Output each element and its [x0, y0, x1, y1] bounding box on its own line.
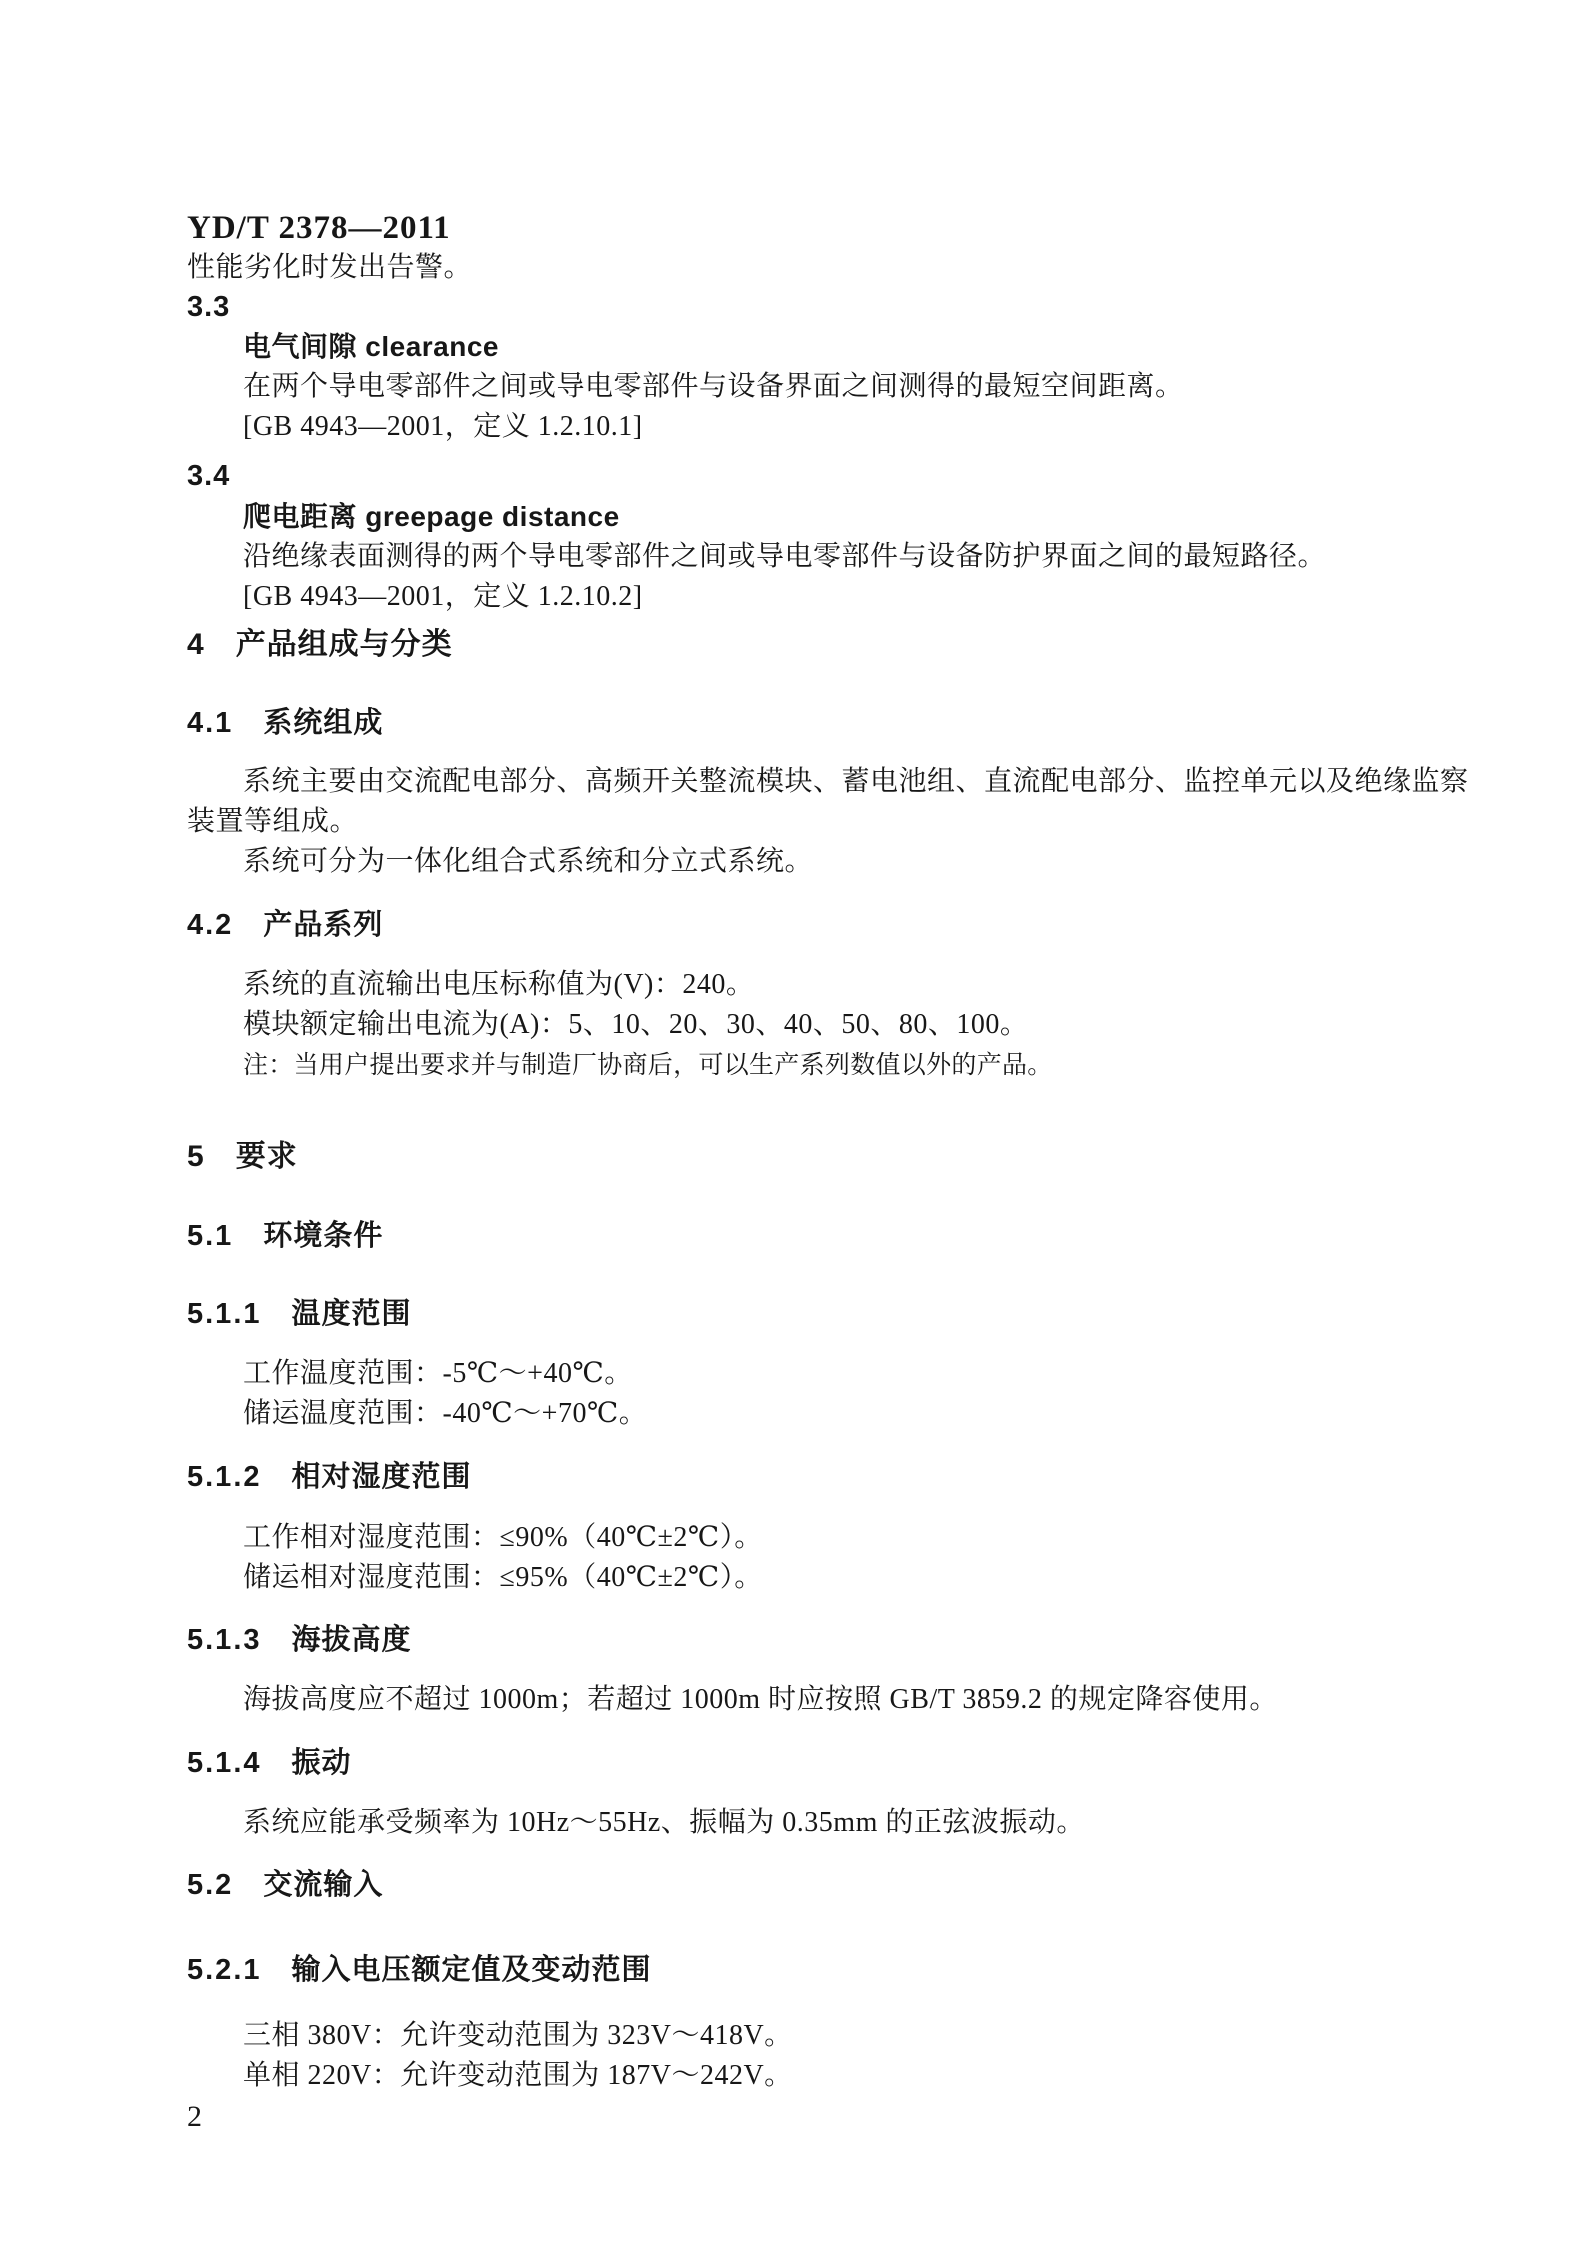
- section-4-1-heading: 4.1系统组成: [187, 707, 383, 740]
- section-5-2-1-paragraph-2: 单相 220V：允许变动范围为 187V～242V。: [243, 2060, 793, 2092]
- section-4-1-paragraph-1-line-1: 系统主要由交流配电部分、高频开关整流模块、蓄电池组、直流配电部分、监控单元以及绝…: [243, 766, 1469, 798]
- section-5-number: 5: [187, 1140, 206, 1173]
- section-5-1-3-title: 海拔高度: [292, 1624, 412, 1656]
- section-5-2-1-number: 5.2.1: [187, 1954, 262, 1986]
- section-5-1-4-paragraph-1: 系统应能承受频率为 10Hz～55Hz、振幅为 0.35mm 的正弦波振动。: [243, 1807, 1085, 1839]
- section-5-1-3-number: 5.1.3: [187, 1624, 262, 1656]
- section-3-3-term: 电气间隙 clearance: [243, 331, 499, 363]
- section-5-1-2-heading: 5.1.2相对湿度范围: [187, 1461, 472, 1494]
- section-5-1-2-title: 相对湿度范围: [292, 1461, 472, 1493]
- section-5-title: 要求: [236, 1140, 298, 1173]
- section-4-title: 产品组成与分类: [236, 628, 453, 661]
- section-4-1-title: 系统组成: [263, 707, 383, 739]
- section-5-1-1-paragraph-1: 工作温度范围：-5℃～+40℃。: [243, 1358, 633, 1390]
- section-5-1-4-heading: 5.1.4振动: [187, 1747, 352, 1780]
- section-5-2-heading: 5.2交流输入: [187, 1869, 383, 1902]
- section-5-2-number: 5.2: [187, 1869, 233, 1901]
- standard-number-header: YD/T 2378—2011: [187, 210, 451, 248]
- section-3-4-number: 3.4: [187, 460, 230, 493]
- section-4-1-paragraph-1-line-2: 装置等组成。: [187, 806, 358, 838]
- section-3-3-definition: 在两个导电零部件之间或导电零部件与设备界面之间测得的最短空间距离。: [243, 371, 1184, 403]
- section-3-4-term: 爬电距离 greepage distance: [243, 501, 620, 533]
- section-5-1-heading: 5.1环境条件: [187, 1220, 383, 1253]
- section-5-1-3-paragraph-1: 海拔高度应不超过 1000m；若超过 1000m 时应按照 GB/T 3859.…: [243, 1684, 1278, 1716]
- section-5-1-3-heading: 5.1.3海拔高度: [187, 1624, 412, 1657]
- section-5-1-4-title: 振动: [292, 1747, 352, 1779]
- page-number: 2: [187, 2100, 203, 2135]
- section-5-1-2-paragraph-2: 储运相对湿度范围：≤95%（40℃±2℃）。: [243, 1562, 763, 1594]
- section-4-2-paragraph-2: 模块额定输出电流为(A)：5、10、20、30、40、50、80、100。: [243, 1009, 1028, 1041]
- section-4-2-heading: 4.2产品系列: [187, 909, 383, 942]
- section-5-1-1-heading: 5.1.1温度范围: [187, 1298, 412, 1331]
- section-4-number: 4: [187, 628, 206, 661]
- section-5-1-1-number: 5.1.1: [187, 1298, 262, 1330]
- section-4-heading: 4产品组成与分类: [187, 628, 453, 663]
- section-4-1-paragraph-2: 系统可分为一体化组合式系统和分立式系统。: [243, 846, 813, 878]
- section-5-2-title: 交流输入: [263, 1869, 383, 1901]
- section-5-2-1-title: 输入电压额定值及变动范围: [292, 1954, 652, 1986]
- section-3-3-number: 3.3: [187, 291, 230, 324]
- section-5-2-1-heading: 5.2.1输入电压额定值及变动范围: [187, 1954, 652, 1987]
- section-4-1-number: 4.1: [187, 707, 233, 739]
- section-4-2-title: 产品系列: [263, 909, 383, 941]
- section-5-2-1-paragraph-1: 三相 380V：允许变动范围为 323V～418V。: [243, 2020, 793, 2052]
- section-4-2-note: 注：当用户提出要求并与制造厂协商后，可以生产系列数值以外的产品。: [243, 1052, 1053, 1081]
- section-4-2-paragraph-1: 系统的直流输出电压标称值为(V)：240。: [243, 969, 754, 1001]
- section-4-2-number: 4.2: [187, 909, 233, 941]
- section-5-1-1-paragraph-2: 储运温度范围：-40℃～+70℃。: [243, 1398, 647, 1430]
- document-page: YD/T 2378—2011 性能劣化时发出告警。 3.3 电气间隙 clear…: [0, 0, 1586, 2244]
- section-3-4-reference: [GB 4943—2001，定义 1.2.10.2]: [243, 581, 643, 613]
- section-5-heading: 5要求: [187, 1140, 298, 1175]
- section-5-1-1-title: 温度范围: [292, 1298, 412, 1330]
- section-5-1-4-number: 5.1.4: [187, 1747, 262, 1779]
- section-5-1-title: 环境条件: [263, 1220, 383, 1252]
- section-5-1-2-number: 5.1.2: [187, 1461, 262, 1493]
- section-3-4-definition: 沿绝缘表面测得的两个导电零部件之间或导电零部件与设备防护界面之间的最短路径。: [243, 541, 1326, 573]
- section-5-1-2-paragraph-1: 工作相对湿度范围：≤90%（40℃±2℃）。: [243, 1522, 763, 1554]
- section-5-1-number: 5.1: [187, 1220, 233, 1252]
- section-3-3-reference: [GB 4943—2001，定义 1.2.10.1]: [243, 411, 643, 443]
- intro-continuation-line: 性能劣化时发出告警。: [187, 252, 472, 284]
